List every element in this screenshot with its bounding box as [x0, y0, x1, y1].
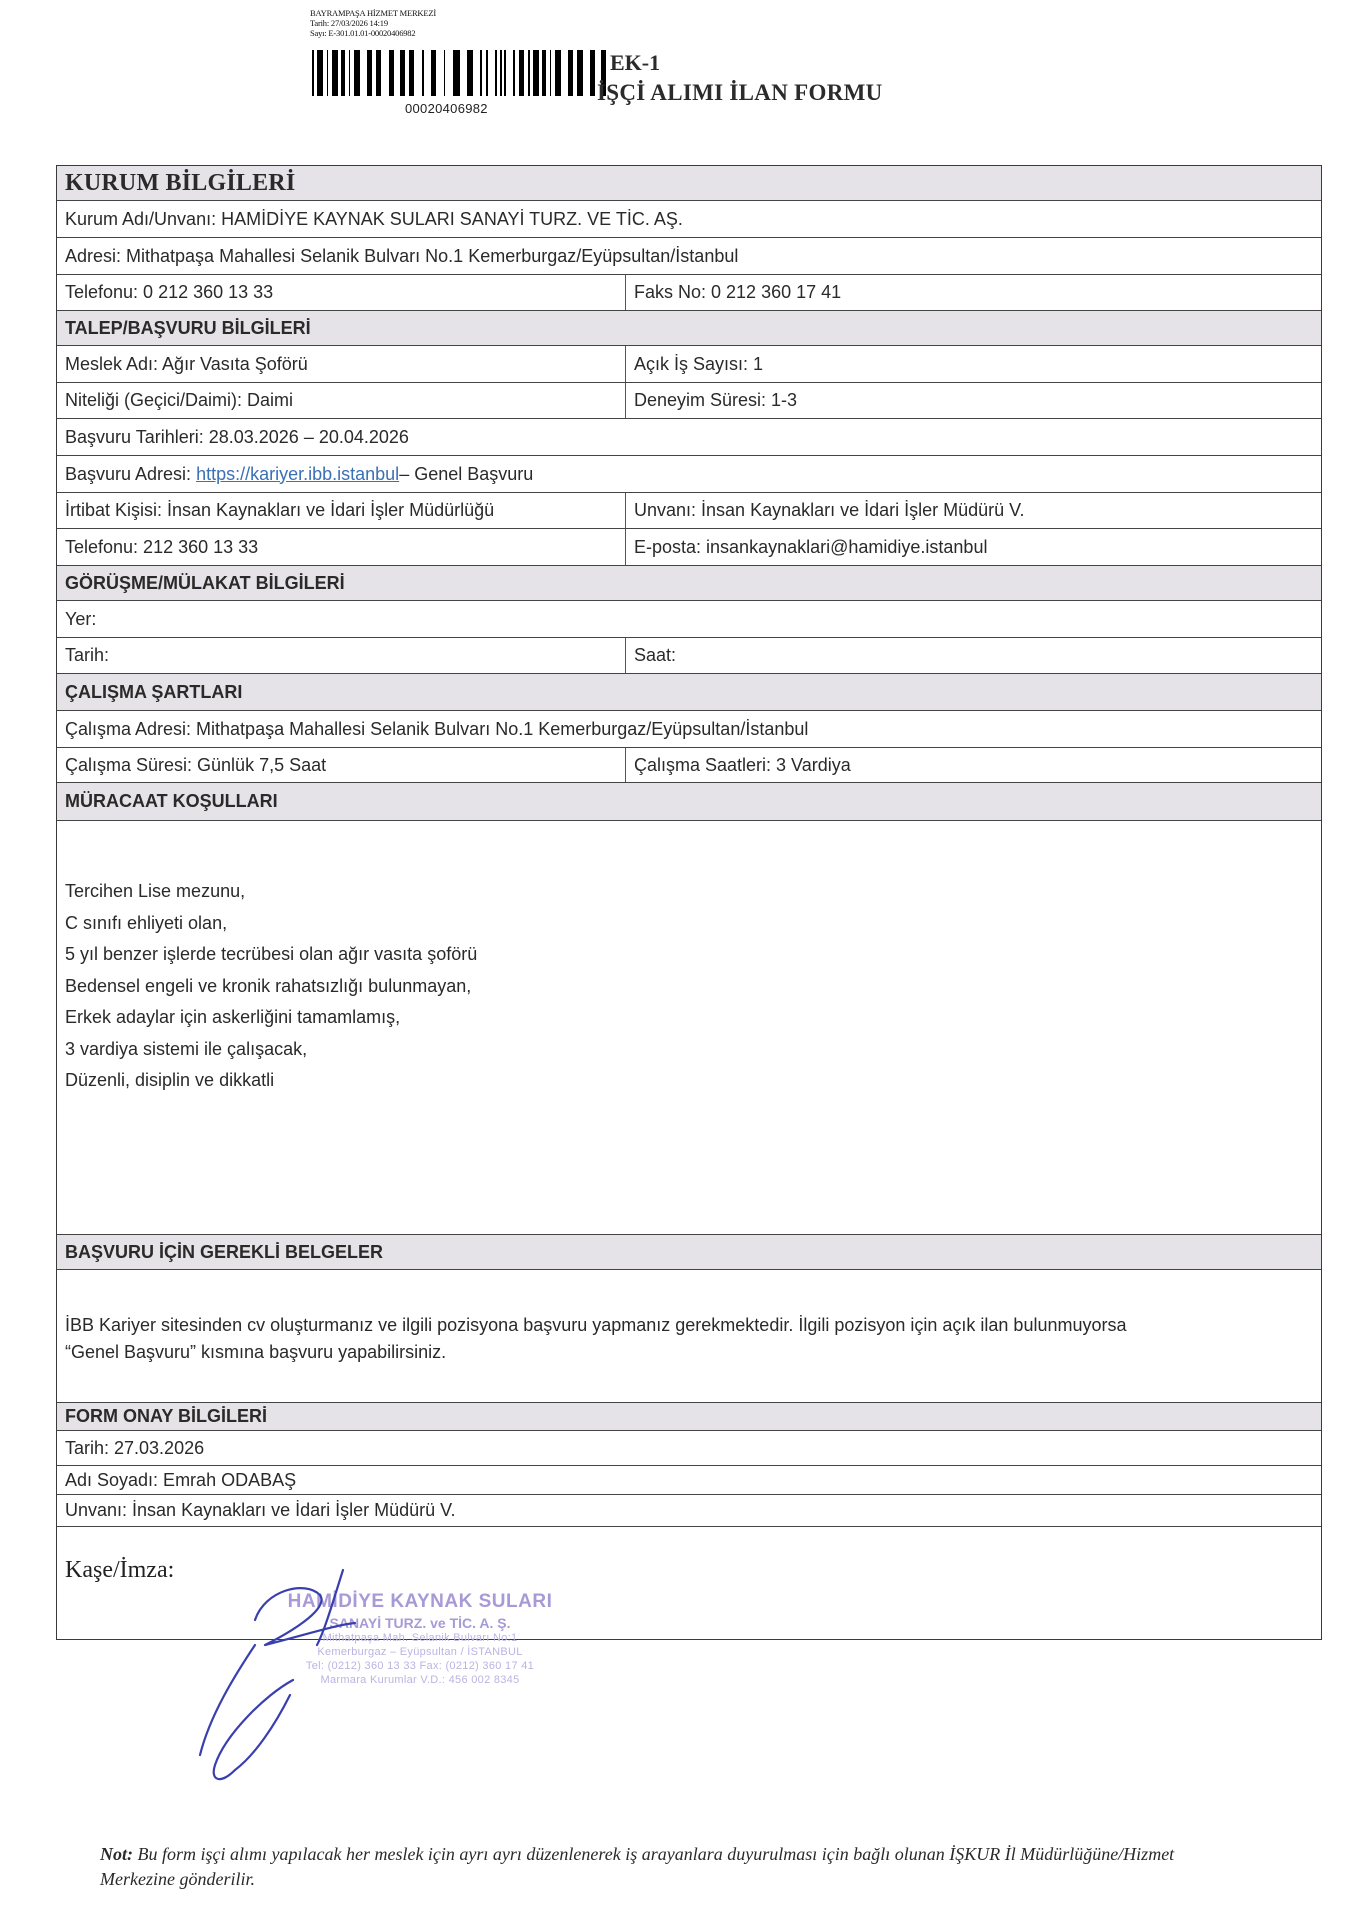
registry-office: BAYRAMPAŞA HİZMET MERKEZİ	[310, 8, 436, 18]
contact-person: İrtibat Kişisi: İnsan Kaynakları ve İdar…	[57, 493, 626, 528]
kurum-address: Adresi: Mithatpaşa Mahallesi Selanik Bul…	[57, 238, 1321, 274]
section-title: GÖRÜŞME/MÜLAKAT BİLGİLERİ	[57, 566, 1321, 600]
registry-date: Tarih: 27/03/2026 14:19	[310, 18, 436, 28]
job-nature: Niteliği (Geçici/Daimi): Daimi	[57, 383, 626, 418]
barcode	[312, 50, 610, 96]
form-title: İŞÇİ ALIMI İLAN FORMU	[597, 80, 883, 106]
application-address-label: Başvuru Adresi:	[65, 464, 191, 485]
section-muracaat-header: MÜRACAAT KOŞULLARI	[57, 783, 1321, 821]
requirement-item: C sınıfı ehliyeti olan,	[65, 908, 477, 940]
onay-row-date: Tarih: 27.03.2026	[57, 1431, 1321, 1466]
approval-date: Tarih: 27.03.2026	[57, 1431, 1321, 1465]
requirement-item: Erkek adaylar için askerliğini tamamlamı…	[65, 1002, 477, 1034]
application-address-suffix: – Genel Başvuru	[399, 464, 533, 485]
occupation: Meslek Adı: Ağır Vasıta Şoförü	[57, 346, 626, 382]
requirement-item: Tercihen Lise mezunu,	[65, 876, 477, 908]
footer-note-label: Not:	[100, 1844, 133, 1864]
talep-row-phone: Telefonu: 212 360 13 33 E-posta: insanka…	[57, 529, 1321, 566]
registry-number: Sayı: E-301.01.01-00020406982	[310, 28, 436, 38]
calisma-row-address: Çalışma Adresi: Mithatpaşa Mahallesi Sel…	[57, 711, 1321, 748]
interview-place: Yer:	[57, 601, 1321, 637]
form-table: KURUM BİLGİLERİ Kurum Adı/Unvanı: HAMİDİ…	[56, 165, 1322, 1640]
documents-text: İBB Kariyer sitesinden cv oluşturmanız v…	[65, 1312, 1301, 1366]
application-dates: Başvuru Tarihleri: 28.03.2026 – 20.04.20…	[57, 419, 1321, 455]
signature-icon	[195, 1565, 395, 1785]
application-link[interactable]: https://kariyer.ibb.istanbul	[196, 464, 399, 485]
section-title: FORM ONAY BİLGİLERİ	[57, 1403, 1321, 1430]
gorusme-row-place: Yer:	[57, 601, 1321, 638]
section-calisma-header: ÇALIŞMA ŞARTLARI	[57, 674, 1321, 711]
talep-row-nature: Niteliği (Geçici/Daimi): Daimi Deneyim S…	[57, 383, 1321, 419]
kurum-phone: Telefonu: 0 212 360 13 33	[57, 275, 626, 310]
work-hours: Çalışma Saatleri: 3 Vardiya	[626, 748, 1321, 782]
kurum-contact-row: Telefonu: 0 212 360 13 33 Faks No: 0 212…	[57, 275, 1321, 311]
requirement-item: Düzenli, disiplin ve dikkatli	[65, 1065, 477, 1097]
requirement-item: 5 yıl benzer işlerde tecrübesi olan ağır…	[65, 939, 477, 971]
contact-title: Unvanı: İnsan Kaynakları ve İdari İşler …	[626, 493, 1321, 528]
section-onay-header: FORM ONAY BİLGİLERİ	[57, 1403, 1321, 1431]
approver-title: Unvanı: İnsan Kaynakları ve İdari İşler …	[57, 1495, 1321, 1526]
interview-date: Tarih:	[57, 638, 626, 673]
section-kurum-header: KURUM BİLGİLERİ	[57, 166, 1321, 201]
documents-text-line2: “Genel Başvuru” kısmına başvuru yapabili…	[65, 1339, 1301, 1366]
section-title: TALEP/BAŞVURU BİLGİLERİ	[57, 311, 1321, 345]
application-address: Başvuru Adresi: https://kariyer.ibb.ista…	[57, 456, 1321, 492]
section-title: BAŞVURU İÇİN GEREKLİ BELGELER	[57, 1235, 1321, 1269]
onay-row-name: Adı Soyadı: Emrah ODABAŞ	[57, 1466, 1321, 1495]
gorusme-row-datetime: Tarih: Saat:	[57, 638, 1321, 674]
footer-note: Not: Bu form işçi alımı yapılacak her me…	[100, 1842, 1250, 1892]
kurum-name: Kurum Adı/Unvanı: HAMİDİYE KAYNAK SULARI…	[57, 201, 1321, 237]
registry-stamp: BAYRAMPAŞA HİZMET MERKEZİ Tarih: 27/03/2…	[310, 8, 436, 38]
documents-text-line1: İBB Kariyer sitesinden cv oluşturmanız v…	[65, 1312, 1301, 1339]
experience: Deneyim Süresi: 1-3	[626, 383, 1321, 418]
requirement-item: 3 vardiya sistemi ile çalışacak,	[65, 1034, 477, 1066]
section-belgeler-header: BAŞVURU İÇİN GEREKLİ BELGELER	[57, 1235, 1321, 1270]
kurum-fax: Faks No: 0 212 360 17 41	[626, 275, 1321, 310]
kurum-address-row: Adresi: Mithatpaşa Mahallesi Selanik Bul…	[57, 238, 1321, 275]
signature-label: Kaşe/İmza:	[65, 1557, 174, 1584]
requirement-item: Bedensel engeli ve kronik rahatsızlığı b…	[65, 971, 477, 1003]
work-address: Çalışma Adresi: Mithatpaşa Mahallesi Sel…	[57, 711, 1321, 747]
section-gorusme-header: GÖRÜŞME/MÜLAKAT BİLGİLERİ	[57, 566, 1321, 601]
talep-row-occupation: Meslek Adı: Ağır Vasıta Şoförü Açık İş S…	[57, 346, 1321, 383]
onay-row-title: Unvanı: İnsan Kaynakları ve İdari İşler …	[57, 1495, 1321, 1527]
annex-label: EK-1	[610, 50, 660, 76]
contact-email: E-posta: insankaynaklari@hamidiye.istanb…	[626, 529, 1321, 565]
section-title: MÜRACAAT KOŞULLARI	[57, 783, 1321, 820]
footer-note-text: Bu form işçi alımı yapılacak her meslek …	[100, 1844, 1174, 1889]
barcode-number: 00020406982	[405, 101, 488, 116]
requirements-body: Tercihen Lise mezunu,C sınıfı ehliyeti o…	[57, 821, 1321, 1235]
kurum-name-row: Kurum Adı/Unvanı: HAMİDİYE KAYNAK SULARI…	[57, 201, 1321, 238]
talep-row-address: Başvuru Adresi: https://kariyer.ibb.ista…	[57, 456, 1321, 493]
requirements-list: Tercihen Lise mezunu,C sınıfı ehliyeti o…	[65, 876, 477, 1097]
contact-phone: Telefonu: 212 360 13 33	[57, 529, 626, 565]
section-title: ÇALIŞMA ŞARTLARI	[57, 674, 1321, 710]
open-jobs: Açık İş Sayısı: 1	[626, 346, 1321, 382]
calisma-row-hours: Çalışma Süresi: Günlük 7,5 Saat Çalışma …	[57, 748, 1321, 783]
talep-row-dates: Başvuru Tarihleri: 28.03.2026 – 20.04.20…	[57, 419, 1321, 456]
section-talep-header: TALEP/BAŞVURU BİLGİLERİ	[57, 311, 1321, 346]
work-duration: Çalışma Süresi: Günlük 7,5 Saat	[57, 748, 626, 782]
interview-time: Saat:	[626, 638, 1321, 673]
documents-body: İBB Kariyer sitesinden cv oluşturmanız v…	[57, 1270, 1321, 1403]
section-title: KURUM BİLGİLERİ	[57, 166, 1321, 200]
approver-name: Adı Soyadı: Emrah ODABAŞ	[57, 1466, 1321, 1494]
talep-row-contact: İrtibat Kişisi: İnsan Kaynakları ve İdar…	[57, 493, 1321, 529]
